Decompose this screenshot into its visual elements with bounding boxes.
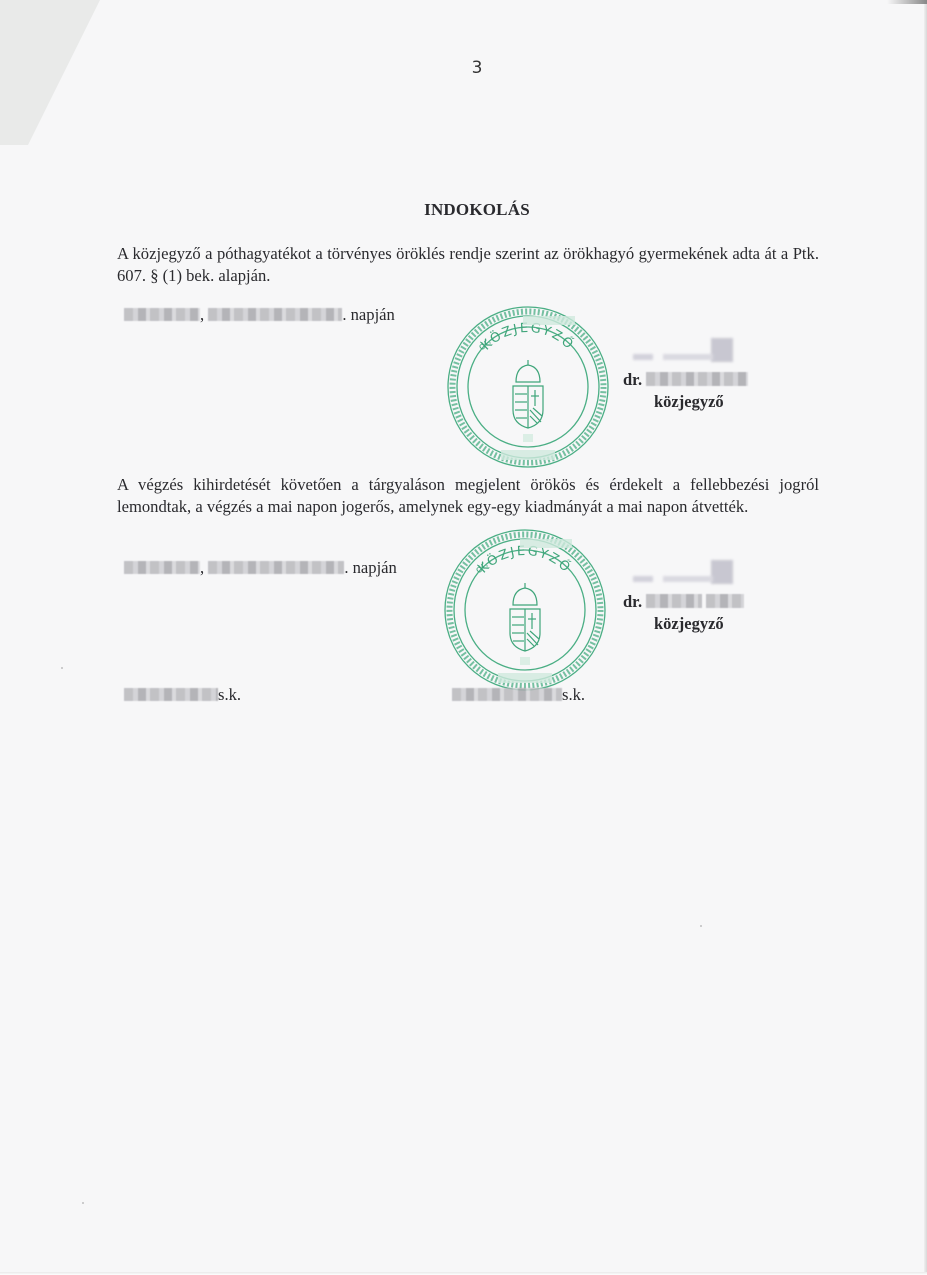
- scan-shadow: [887, 0, 927, 4]
- scan-speck: [61, 667, 63, 669]
- redacted-name: [452, 688, 562, 701]
- notary-stamp: KÖZJEGYZŐ dr.: [443, 302, 613, 472]
- paragraph-finality: A végzés kihirdetését követően a tárgyal…: [117, 474, 819, 518]
- redacted-date: [208, 561, 344, 574]
- paragraph-reasoning: A közjegyző a póthagyatékot a törvényes …: [117, 243, 819, 287]
- redacted-name: [646, 372, 748, 386]
- signer-title: közjegyző: [654, 392, 773, 412]
- sk-signature: s.k.: [124, 685, 241, 705]
- scanned-page: 3 INDOKOLÁS A közjegyző a póthagyatékot …: [0, 0, 927, 1275]
- scan-speck: [700, 925, 702, 927]
- redacted-signature: [623, 560, 753, 584]
- sk-signature: s.k.: [452, 685, 585, 705]
- date-suffix: . napján: [344, 558, 397, 577]
- section-heading: INDOKOLÁS: [0, 200, 927, 220]
- signer-name: dr.: [623, 592, 773, 612]
- redacted-signature: [623, 338, 753, 362]
- separator: ,: [200, 305, 204, 324]
- redacted-name: [646, 594, 702, 608]
- redacted-date: [208, 308, 342, 321]
- signature-block: dr. közjegyző: [623, 338, 773, 412]
- redacted-place: [124, 308, 200, 321]
- signer-name: dr.: [623, 370, 773, 390]
- redacted-place: [124, 561, 200, 574]
- separator: ,: [200, 558, 204, 577]
- date-suffix: . napján: [342, 305, 395, 324]
- place-date-line: , . napján: [124, 558, 397, 578]
- signature-block: dr. közjegyző: [623, 560, 773, 634]
- redacted-name: [124, 688, 218, 701]
- scan-speck: [82, 1202, 84, 1204]
- notary-stamp: KÖZJEGYZŐ dr.: [440, 525, 610, 695]
- redacted-name: [706, 594, 744, 608]
- signer-title: közjegyző: [654, 614, 773, 634]
- place-date-line: , . napján: [124, 305, 395, 325]
- page-number: 3: [0, 58, 927, 78]
